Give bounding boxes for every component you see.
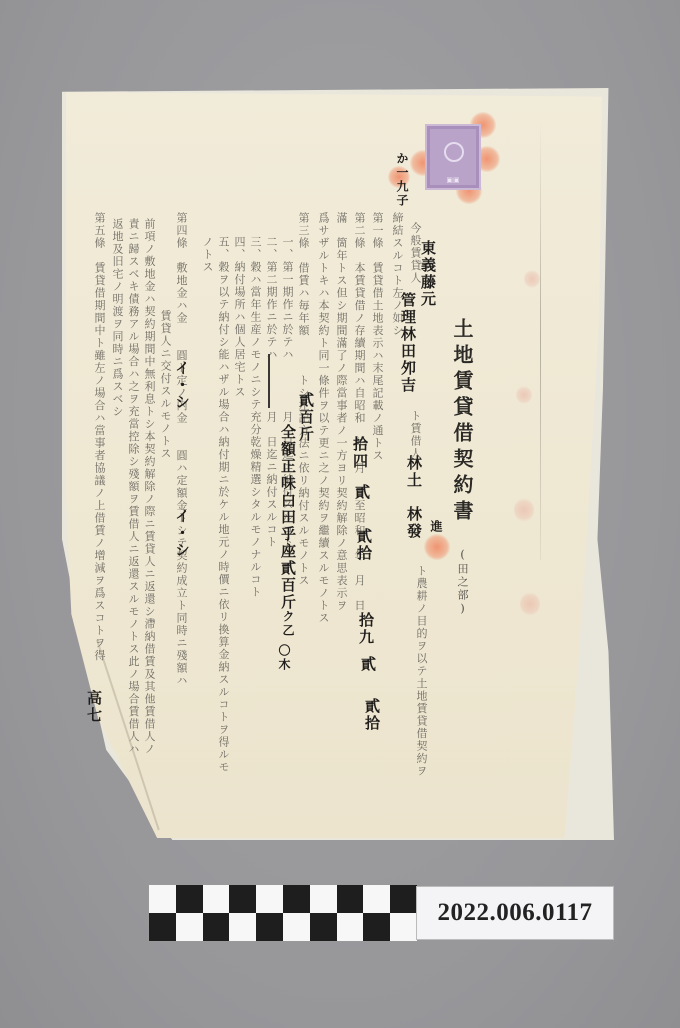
item-number: 二 (265, 236, 278, 249)
item-text: 納付場所ハ個人居宅トス (233, 261, 246, 399)
scale-cell (176, 913, 203, 941)
scale-cell (363, 885, 390, 913)
color-scale-bar (148, 884, 418, 942)
scale-cell (390, 885, 417, 913)
scale-cell (203, 885, 230, 913)
handwritten-start-month: 貳 (352, 484, 373, 501)
article-line: 返地及旧宅ノ明渡ヲ同時ニ爲スベシ (112, 218, 123, 418)
handwritten-end-month: 貳 (358, 656, 379, 673)
item-text: 穀ハ當年生産ノモノニシテ充分乾燥精選シタルモノナルコト (249, 261, 262, 599)
article-line: 責ニ歸スベキ債務アル場合ハ之ヲ充當控除シ殘額ヲ賃借人ニ返還スルモノトス此ノ場合賃… (128, 218, 139, 756)
handwritten-end-day: 貳拾 (362, 698, 383, 732)
article-text: 敷地金ハ金 圓ト定ノ内金 圓ハ定額金トシテ契約成立ト同時ニ殘額ハ (175, 262, 188, 687)
handwritten-lessee-name: 林土 林發 (404, 455, 425, 540)
handwritten-rent-note: 全額正味白田乎座貳百斤 (278, 424, 299, 611)
article-line: 爲サザルトキハ本契約ト同一條件ヲ以テ更ニ之ノ契約ヲ繼續スルモノトス (318, 212, 329, 625)
handwritten-deposit-total: イ・シ (172, 360, 193, 411)
handwritten-end-year: 拾九 (356, 612, 377, 646)
scale-cell (256, 885, 283, 913)
scale-cell (229, 885, 256, 913)
handwritten-deposit-partial: イ・シ (172, 508, 193, 559)
handwritten-period1-date: ク乙 (280, 610, 297, 638)
handwritten-start-day: 貳拾 (354, 528, 375, 562)
faint-seal-1 (514, 498, 534, 522)
scale-cell (337, 885, 364, 913)
scale-cell (310, 913, 337, 941)
faint-seal-3 (524, 270, 540, 288)
scale-cell (337, 913, 364, 941)
scale-cell (229, 913, 256, 941)
item-number: 五 (217, 236, 230, 249)
item-number: 三 (249, 236, 262, 249)
article-text: 賃貸借土地表示ハ末尾記載ノ通トス (371, 262, 384, 462)
scale-cell (310, 885, 337, 913)
preamble-line-2: ト賃借人 (410, 410, 421, 460)
scale-cell (176, 885, 203, 913)
scale-cell (390, 913, 417, 941)
scale-cell (363, 913, 390, 941)
fold-line (540, 120, 541, 560)
preamble-line-3: ト農耕ノ目的ヲ以テ土地賃貸借契約ヲ (416, 565, 427, 778)
scale-cell (149, 885, 176, 913)
article-heading: 第三條 (297, 212, 310, 250)
scale-cell (256, 913, 283, 941)
article-text: 賃貸借期間中ト雖左ノ場合ハ當事者協議ノ上借賃ノ增減ヲ爲スコトヲ得 (93, 262, 106, 662)
red-seal-lessee (424, 534, 450, 560)
handwritten-start-year: 拾四 (350, 436, 371, 470)
document-subtitle: (田之部) (454, 548, 470, 617)
article-heading: 第一條 (371, 212, 384, 250)
scale-cell (203, 913, 230, 941)
chrysanthemum-emblem-icon (444, 142, 464, 162)
article-line: 賃貸人ニ交付スルモノトス (160, 310, 171, 460)
faint-seal-2 (520, 592, 540, 616)
handwritten-rent-amount: 貳百斤 (296, 392, 317, 443)
handwritten-top-note: か一九子 (394, 152, 411, 208)
article-line: 前項ノ敷地金ハ契約期間中無利息トシ本契約解除ノ際ニ賃貸人ニ返還シ滯納借賃及其他賃… (144, 218, 155, 756)
article-heading: 第二條 (353, 212, 366, 250)
item-text: 穀ヲ以テ納付シ能ハザル場合ハ納付期ニ於ケル地元ノ時價ニ依リ換算金納スルコトヲ得ル… (217, 261, 230, 774)
accession-number-label: 2022.006.0117 (416, 886, 614, 940)
faint-seal-4 (516, 386, 532, 404)
item-number: 一 (281, 236, 294, 249)
handwritten-bracket-line (268, 354, 270, 408)
handwritten-lessor-address: 東義藤元 (418, 240, 439, 308)
handwritten-lessee-mark: 進 (428, 520, 445, 534)
article-line: 滿 箇年トス但シ期間滿了ノ際當事者ノ一方ヨリ契約解除ノ意思表示ヲ (336, 212, 347, 612)
scale-cell (149, 913, 176, 941)
article-line: ノトス (202, 236, 213, 274)
handwritten-period2-date: 〇木 (276, 644, 293, 672)
scale-cell (283, 885, 310, 913)
handwritten-bottom-left: 高七 (84, 690, 105, 724)
document-title: 土地賃貸借契約書 (448, 318, 477, 526)
article-heading: 第五條 (93, 212, 106, 250)
handwritten-lessor-name: 管理林田夘吉 (398, 292, 419, 394)
scale-cell (283, 913, 310, 941)
item-text: 第二期作ニ於テハ 月 日迄ニ納付スルコト (265, 261, 278, 549)
revenue-stamp-icon: ▣▣ (425, 124, 481, 190)
stamp-denomination: ▣▣ (427, 176, 479, 184)
item-number: 四 (233, 236, 246, 249)
article-heading: 第四條 (175, 212, 188, 250)
